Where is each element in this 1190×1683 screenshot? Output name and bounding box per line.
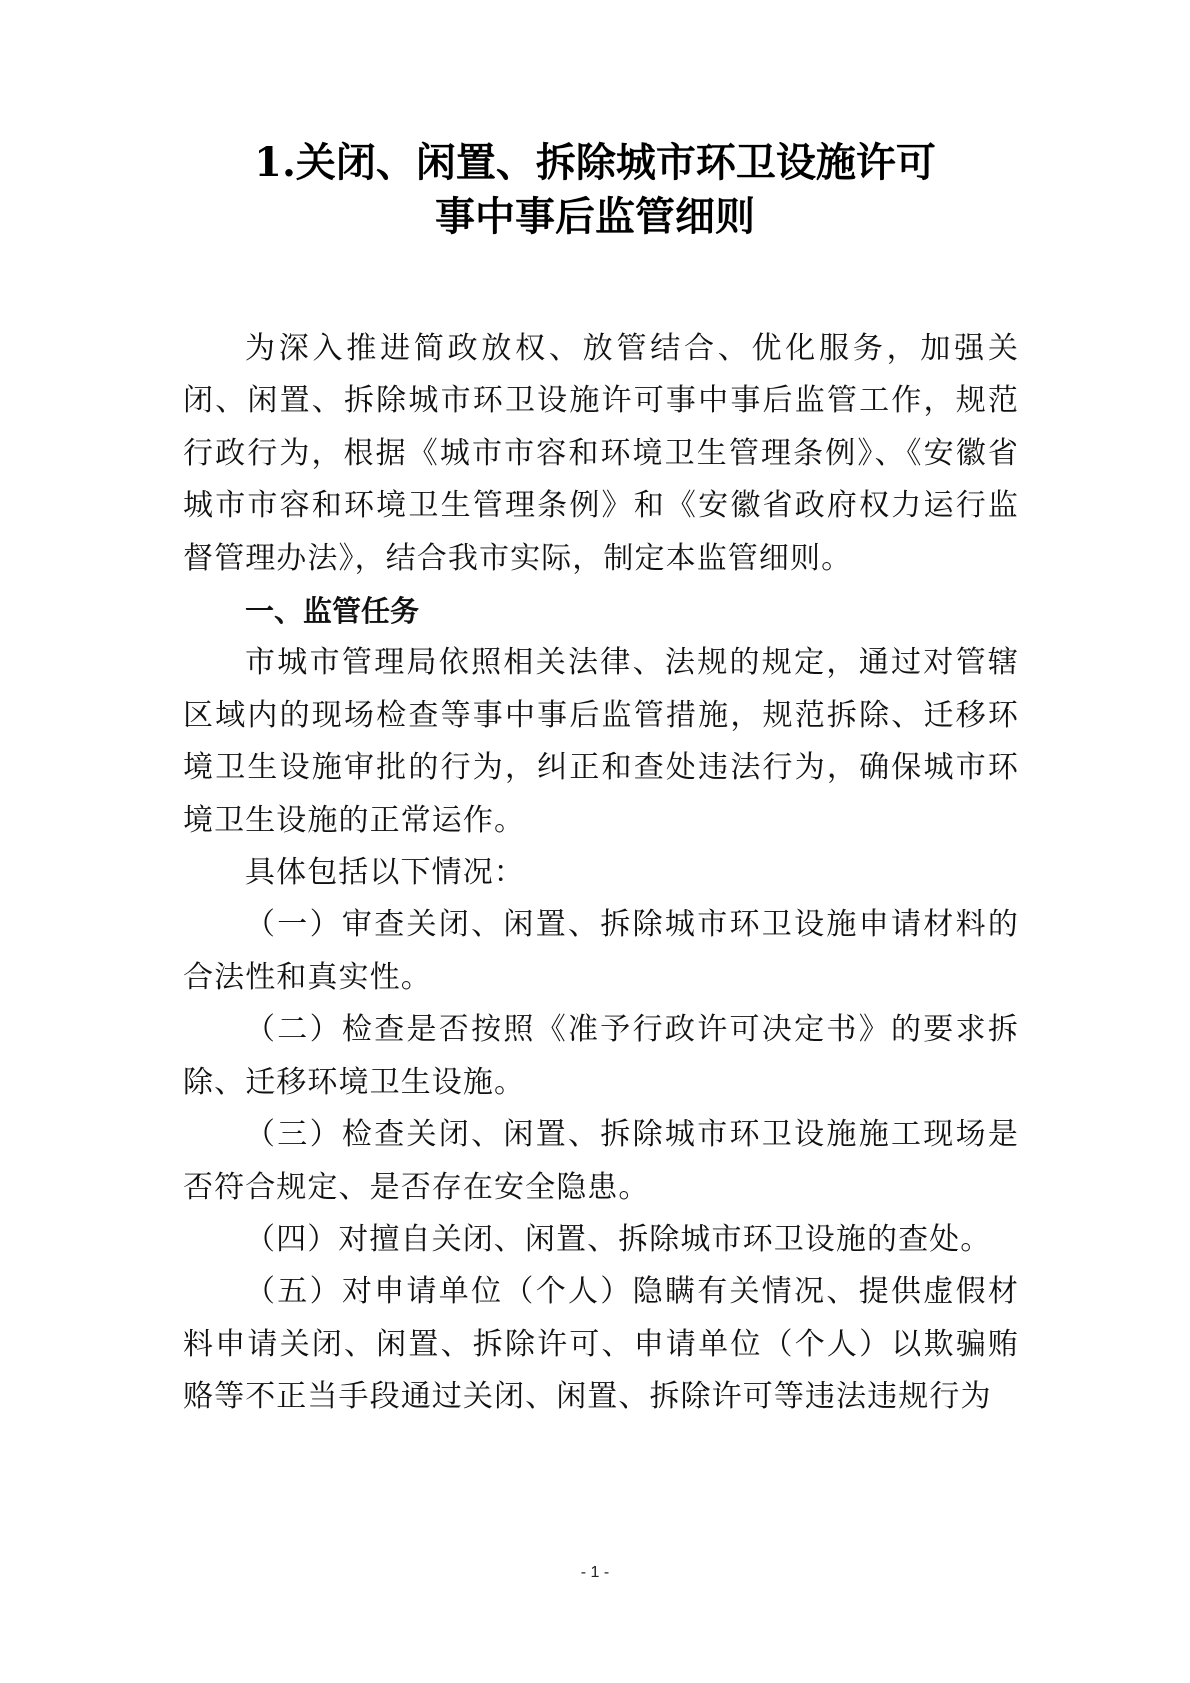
- list-item-4: （四）对擅自关闭、闲置、拆除城市环卫设施的查处。: [183, 1214, 1019, 1266]
- intro-paragraph: 为深入推进简政放权、放管结合、优化服务，加强关闭、闲置、拆除城市环卫设施许可事中…: [183, 323, 1019, 585]
- supervision-description-paragraph: 市城市管理局依照相关法律、法规的规定，通过对管辖区域内的现场检查等事中事后监管措…: [183, 637, 1019, 847]
- document-title: 1.关闭、闲置、拆除城市环卫设施许可 事中事后监管细则: [0, 136, 1190, 244]
- list-item-2: （二）检查是否按照《准予行政许可决定书》的要求拆除、迁移环境卫生设施。: [183, 1004, 1019, 1109]
- document-body: 为深入推进简政放权、放管结合、优化服务，加强关闭、闲置、拆除城市环卫设施许可事中…: [183, 323, 1019, 1424]
- list-item-5: （五）对申请单位（个人）隐瞒有关情况、提供虚假材料申请关闭、闲置、拆除许可、申请…: [183, 1266, 1019, 1423]
- list-item-3: （三）检查关闭、闲置、拆除城市环卫设施施工现场是否符合规定、是否存在安全隐患。: [183, 1109, 1019, 1214]
- section-heading-supervision-tasks: 一、监管任务: [183, 585, 1019, 637]
- document-page: 1.关闭、闲置、拆除城市环卫设施许可 事中事后监管细则 为深入推进简政放权、放管…: [0, 0, 1190, 1683]
- title-line-2: 事中事后监管细则: [0, 190, 1190, 244]
- list-intro-paragraph: 具体包括以下情况：: [183, 847, 1019, 899]
- title-line-1: 1.关闭、闲置、拆除城市环卫设施许可: [0, 136, 1190, 190]
- list-item-1: （一）审查关闭、闲置、拆除城市环卫设施申请材料的合法性和真实性。: [183, 899, 1019, 1004]
- page-number: - 1 -: [0, 1563, 1190, 1583]
